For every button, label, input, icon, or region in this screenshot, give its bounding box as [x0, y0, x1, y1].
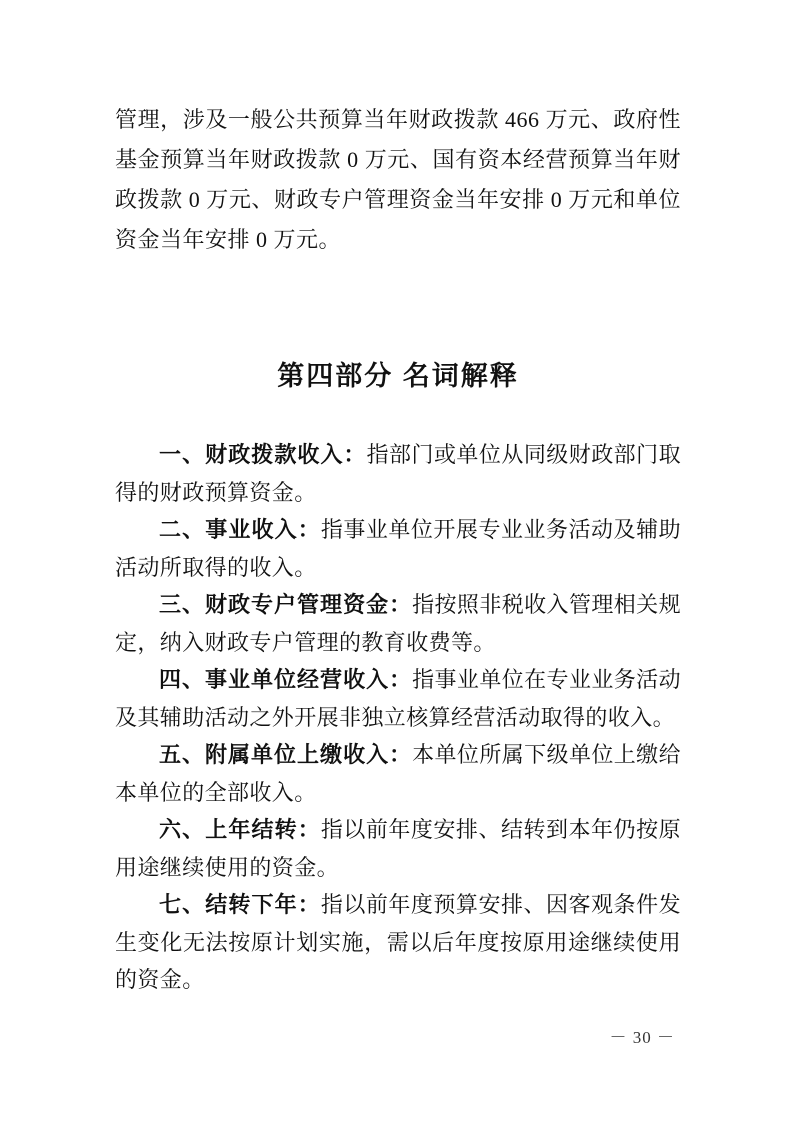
term-label: 一、财政拨款收入： [159, 442, 367, 467]
section-heading: 第四部分 名词解释 [115, 359, 681, 393]
intro-paragraph: 管理，涉及一般公共预算当年财政拨款 466 万元、政府性基金预算当年财政拨款 0… [115, 100, 681, 260]
page-number: － 30 － [610, 1028, 676, 1048]
term-item: 二、事业收入：指事业单位开展专业业务活动及辅助活动所取得的收入。 [115, 511, 681, 586]
term-label: 五、附属单位上缴收入： [159, 742, 412, 767]
term-item: 四、事业单位经营收入：指事业单位在专业业务活动及其辅助活动之外开展非独立核算经营… [115, 661, 681, 736]
term-label: 二、事业收入： [159, 517, 321, 542]
term-label: 七、结转下年： [159, 892, 321, 917]
term-item: 一、财政拨款收入：指部门或单位从同级财政部门取得的财政预算资金。 [115, 436, 681, 511]
term-label: 三、财政专户管理资金： [159, 592, 412, 617]
term-item: 六、上年结转：指以前年度安排、结转到本年仍按原用途继续使用的资金。 [115, 811, 681, 886]
term-item: 三、财政专户管理资金：指按照非税收入管理相关规定，纳入财政专户管理的教育收费等。 [115, 586, 681, 661]
term-label: 四、事业单位经营收入： [159, 667, 412, 692]
term-item: 五、附属单位上缴收入：本单位所属下级单位上缴给本单位的全部收入。 [115, 736, 681, 811]
page-content: 管理，涉及一般公共预算当年财政拨款 466 万元、政府性基金预算当年财政拨款 0… [115, 0, 681, 999]
term-label: 六、上年结转： [159, 817, 321, 842]
term-item: 七、结转下年：指以前年度预算安排、因客观条件发生变化无法按原计划实施，需以后年度… [115, 886, 681, 999]
term-definitions: 一、财政拨款收入：指部门或单位从同级财政部门取得的财政预算资金。 二、事业收入：… [115, 436, 681, 999]
document-page: 管理，涉及一般公共预算当年财政拨款 466 万元、政府性基金预算当年财政拨款 0… [0, 0, 793, 1122]
